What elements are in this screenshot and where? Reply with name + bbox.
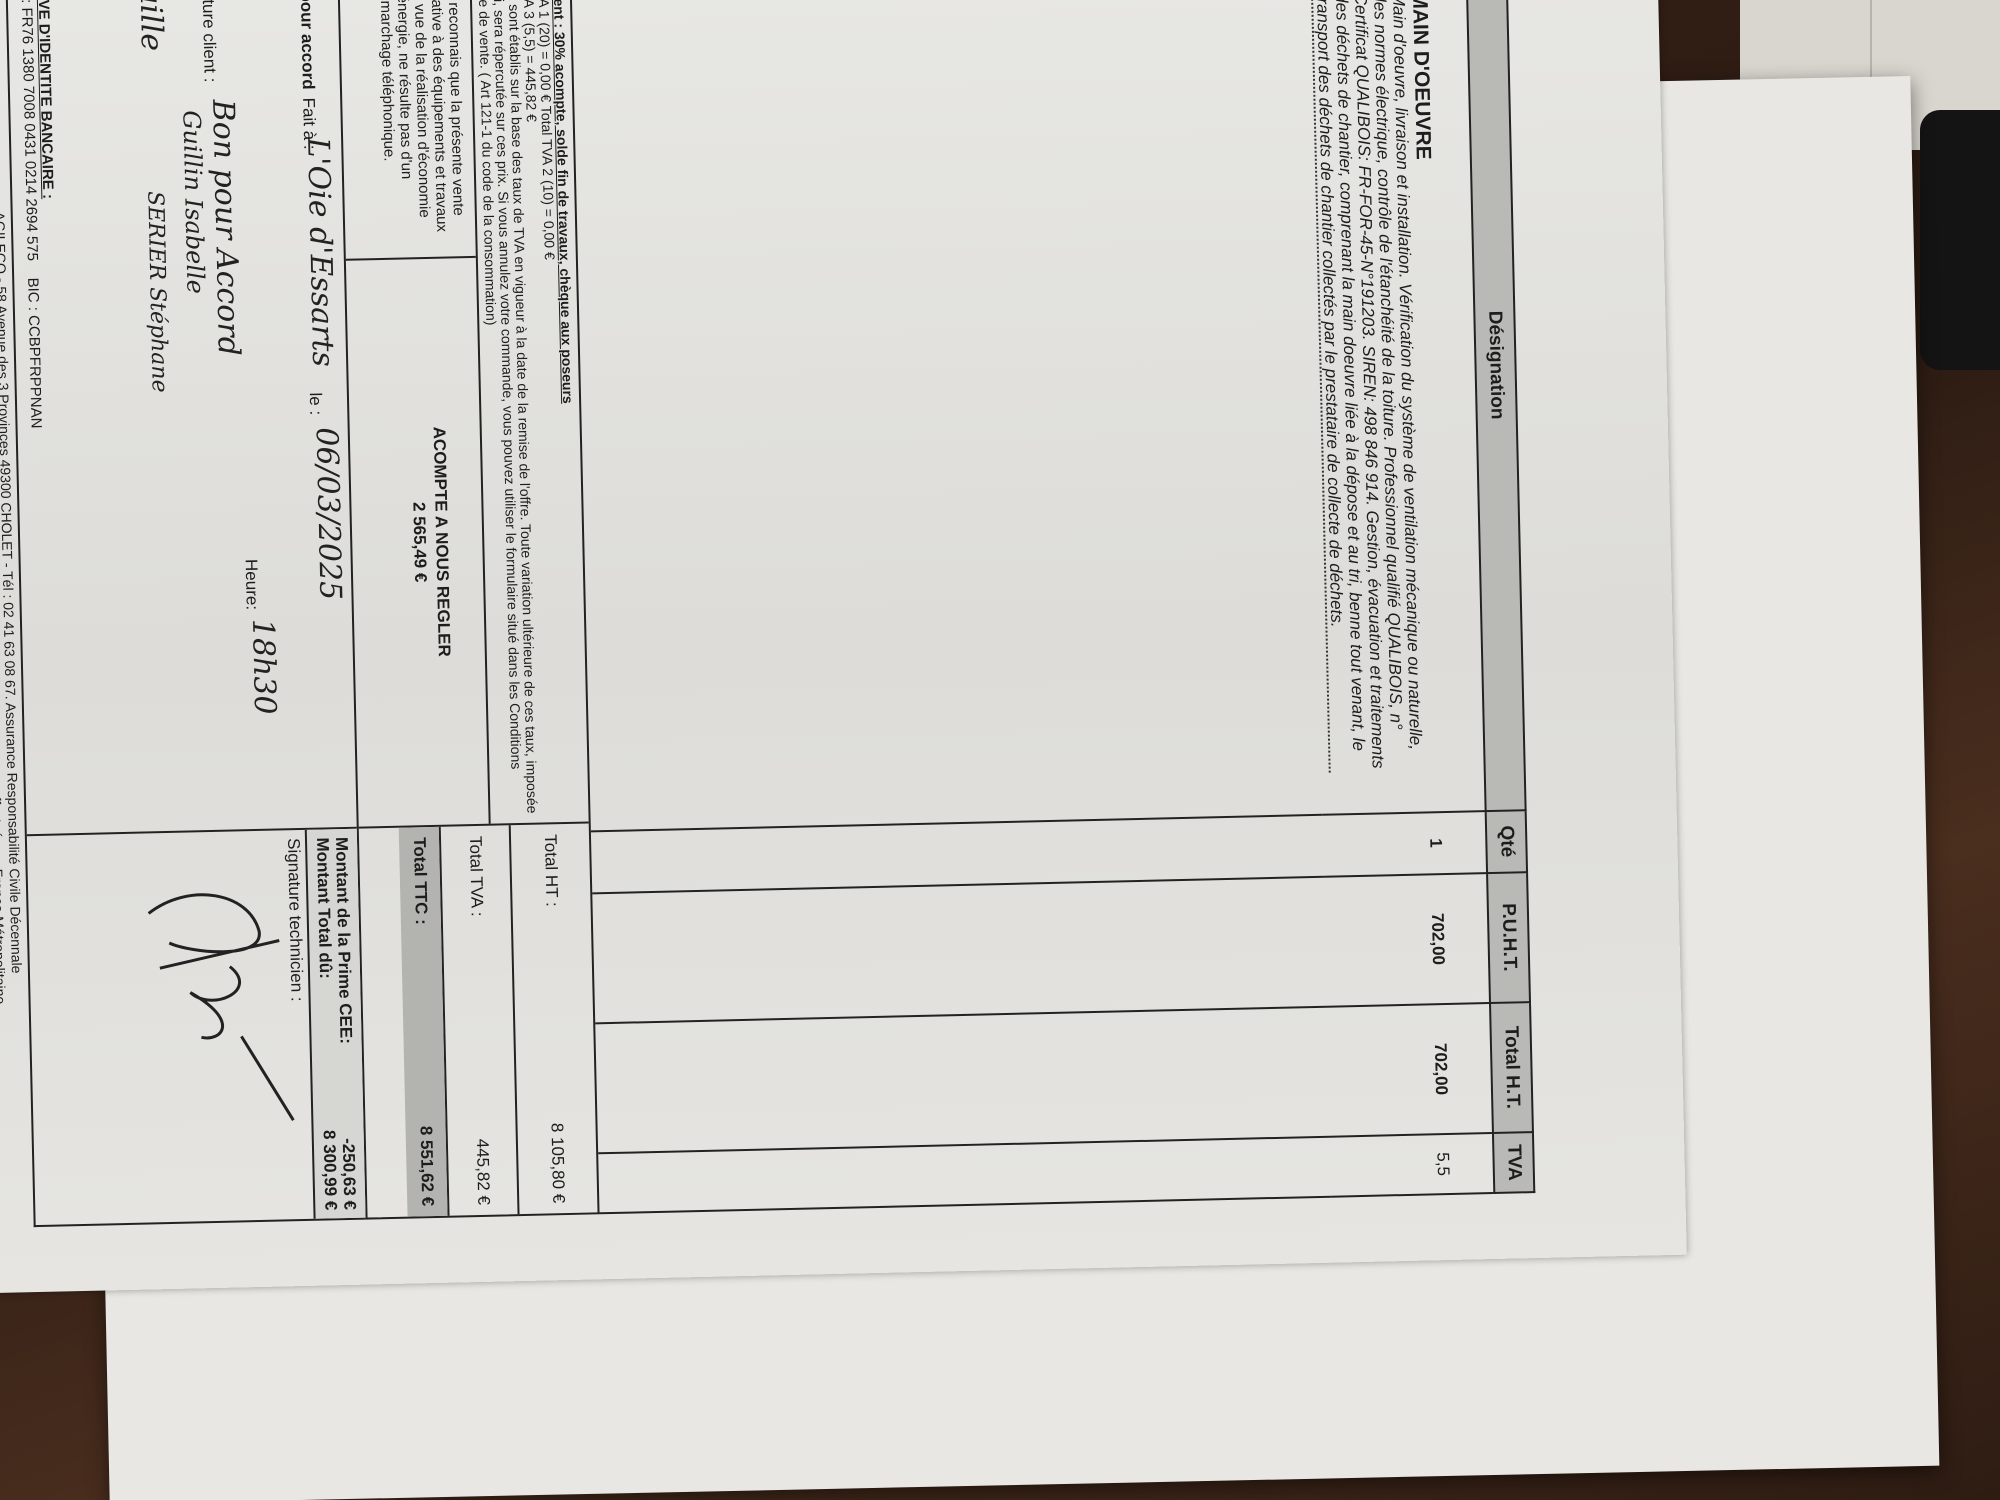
heure-label: Heure:: [241, 559, 262, 610]
date-value: 06/03/2025: [309, 427, 348, 601]
date-label: le :: [305, 392, 326, 415]
acompte-block: ACOMPTE A NOUS REGLER 2 565,49 €: [346, 258, 489, 827]
total-ht-value: 8 105,80 €: [546, 1123, 568, 1204]
bon-pour-accord-label: Bon pour accord: [295, 0, 318, 90]
client-signature: Guille: [132, 0, 169, 51]
total-ttc-value: 8 551,62 €: [416, 1126, 438, 1207]
client-name-2: SERIER Stéphane: [142, 191, 172, 393]
client-name-1: Guillin Isabelle: [177, 110, 209, 294]
item-tva: 5,5: [1330, 1133, 1494, 1197]
reglement-block: Réglement : 30% acompte, solde fin de tr…: [471, 0, 589, 824]
header-qte: Qté: [1486, 810, 1527, 873]
technician-signature-scrawl: [138, 870, 304, 1134]
total-tva-value: 445,82 €: [472, 1139, 493, 1206]
header-tva: TVA: [1493, 1132, 1534, 1193]
rib-bic: BIC : CCBPFRPPNAN: [24, 277, 44, 428]
client-handwritten-approval: Bon pour Accord: [205, 99, 246, 356]
items-table: Désignation Qté P.U.H.T. Total H.T. TVA …: [571, 0, 1536, 1214]
summary-section: Réglement : 30% acompte, solde fin de tr…: [337, 0, 600, 1220]
total-ttc-label: Total TTC :: [409, 837, 431, 925]
total-tva-row: Total TVA : 445,82 €: [439, 825, 518, 1215]
signature-section: Bon pour accord Fait à : L'Oie d'Essarts…: [5, 0, 366, 1227]
table-row: MAIN D'OEUVRE Main d'oeuvre, livraison e…: [1302, 0, 1494, 1197]
item-puht: 702,00: [1324, 873, 1490, 1007]
invoice-page: Désignation Qté P.U.H.T. Total H.T. TVA …: [0, 0, 1687, 1296]
acknowledgement-block: Je reconnais que la présente vente relat…: [339, 0, 476, 261]
fait-a-value: L'Oie d'Essarts: [300, 137, 340, 367]
header-total-ht: Total H.T.: [1490, 1002, 1533, 1133]
empty-row: [571, 0, 1332, 1213]
item-total-ht: 702,00: [1327, 1003, 1493, 1137]
chair-background: [1920, 110, 2000, 370]
cee-block: Montant de la Prime CEE: Montant Total d…: [305, 829, 366, 1219]
item-qte: 1: [1323, 811, 1487, 877]
total-ht-label: Total HT :: [540, 834, 562, 907]
header-puht: P.U.H.T.: [1487, 872, 1530, 1003]
prime-cee-label: Montant de la Prime CEE:: [332, 837, 356, 1044]
total-tva-label: Total TVA :: [465, 836, 487, 917]
acknowledgement-text: Je reconnais que la présente vente relat…: [348, 0, 468, 253]
client-signature-label: Signature client :: [197, 0, 220, 83]
heure-value: 18h30: [245, 618, 282, 714]
prime-cee-value: -250,63 €: [339, 1129, 360, 1210]
montant-du-value: 8 300,99 €: [320, 1130, 341, 1211]
rib-block: RELEVE D'IDENTITE BANCAIRE : IBAN : FR76…: [17, 0, 62, 429]
totals-block: Total HT : 8 105,80 € Total TVA : 445,82…: [359, 823, 598, 1217]
total-ht-row: Total HT : 8 105,80 €: [509, 823, 598, 1214]
designation-cell: MAIN D'OEUVRE Main d'oeuvre, livraison e…: [1302, 0, 1485, 814]
item-description: Main d'oeuvre, livraison et installation…: [1313, 0, 1425, 769]
